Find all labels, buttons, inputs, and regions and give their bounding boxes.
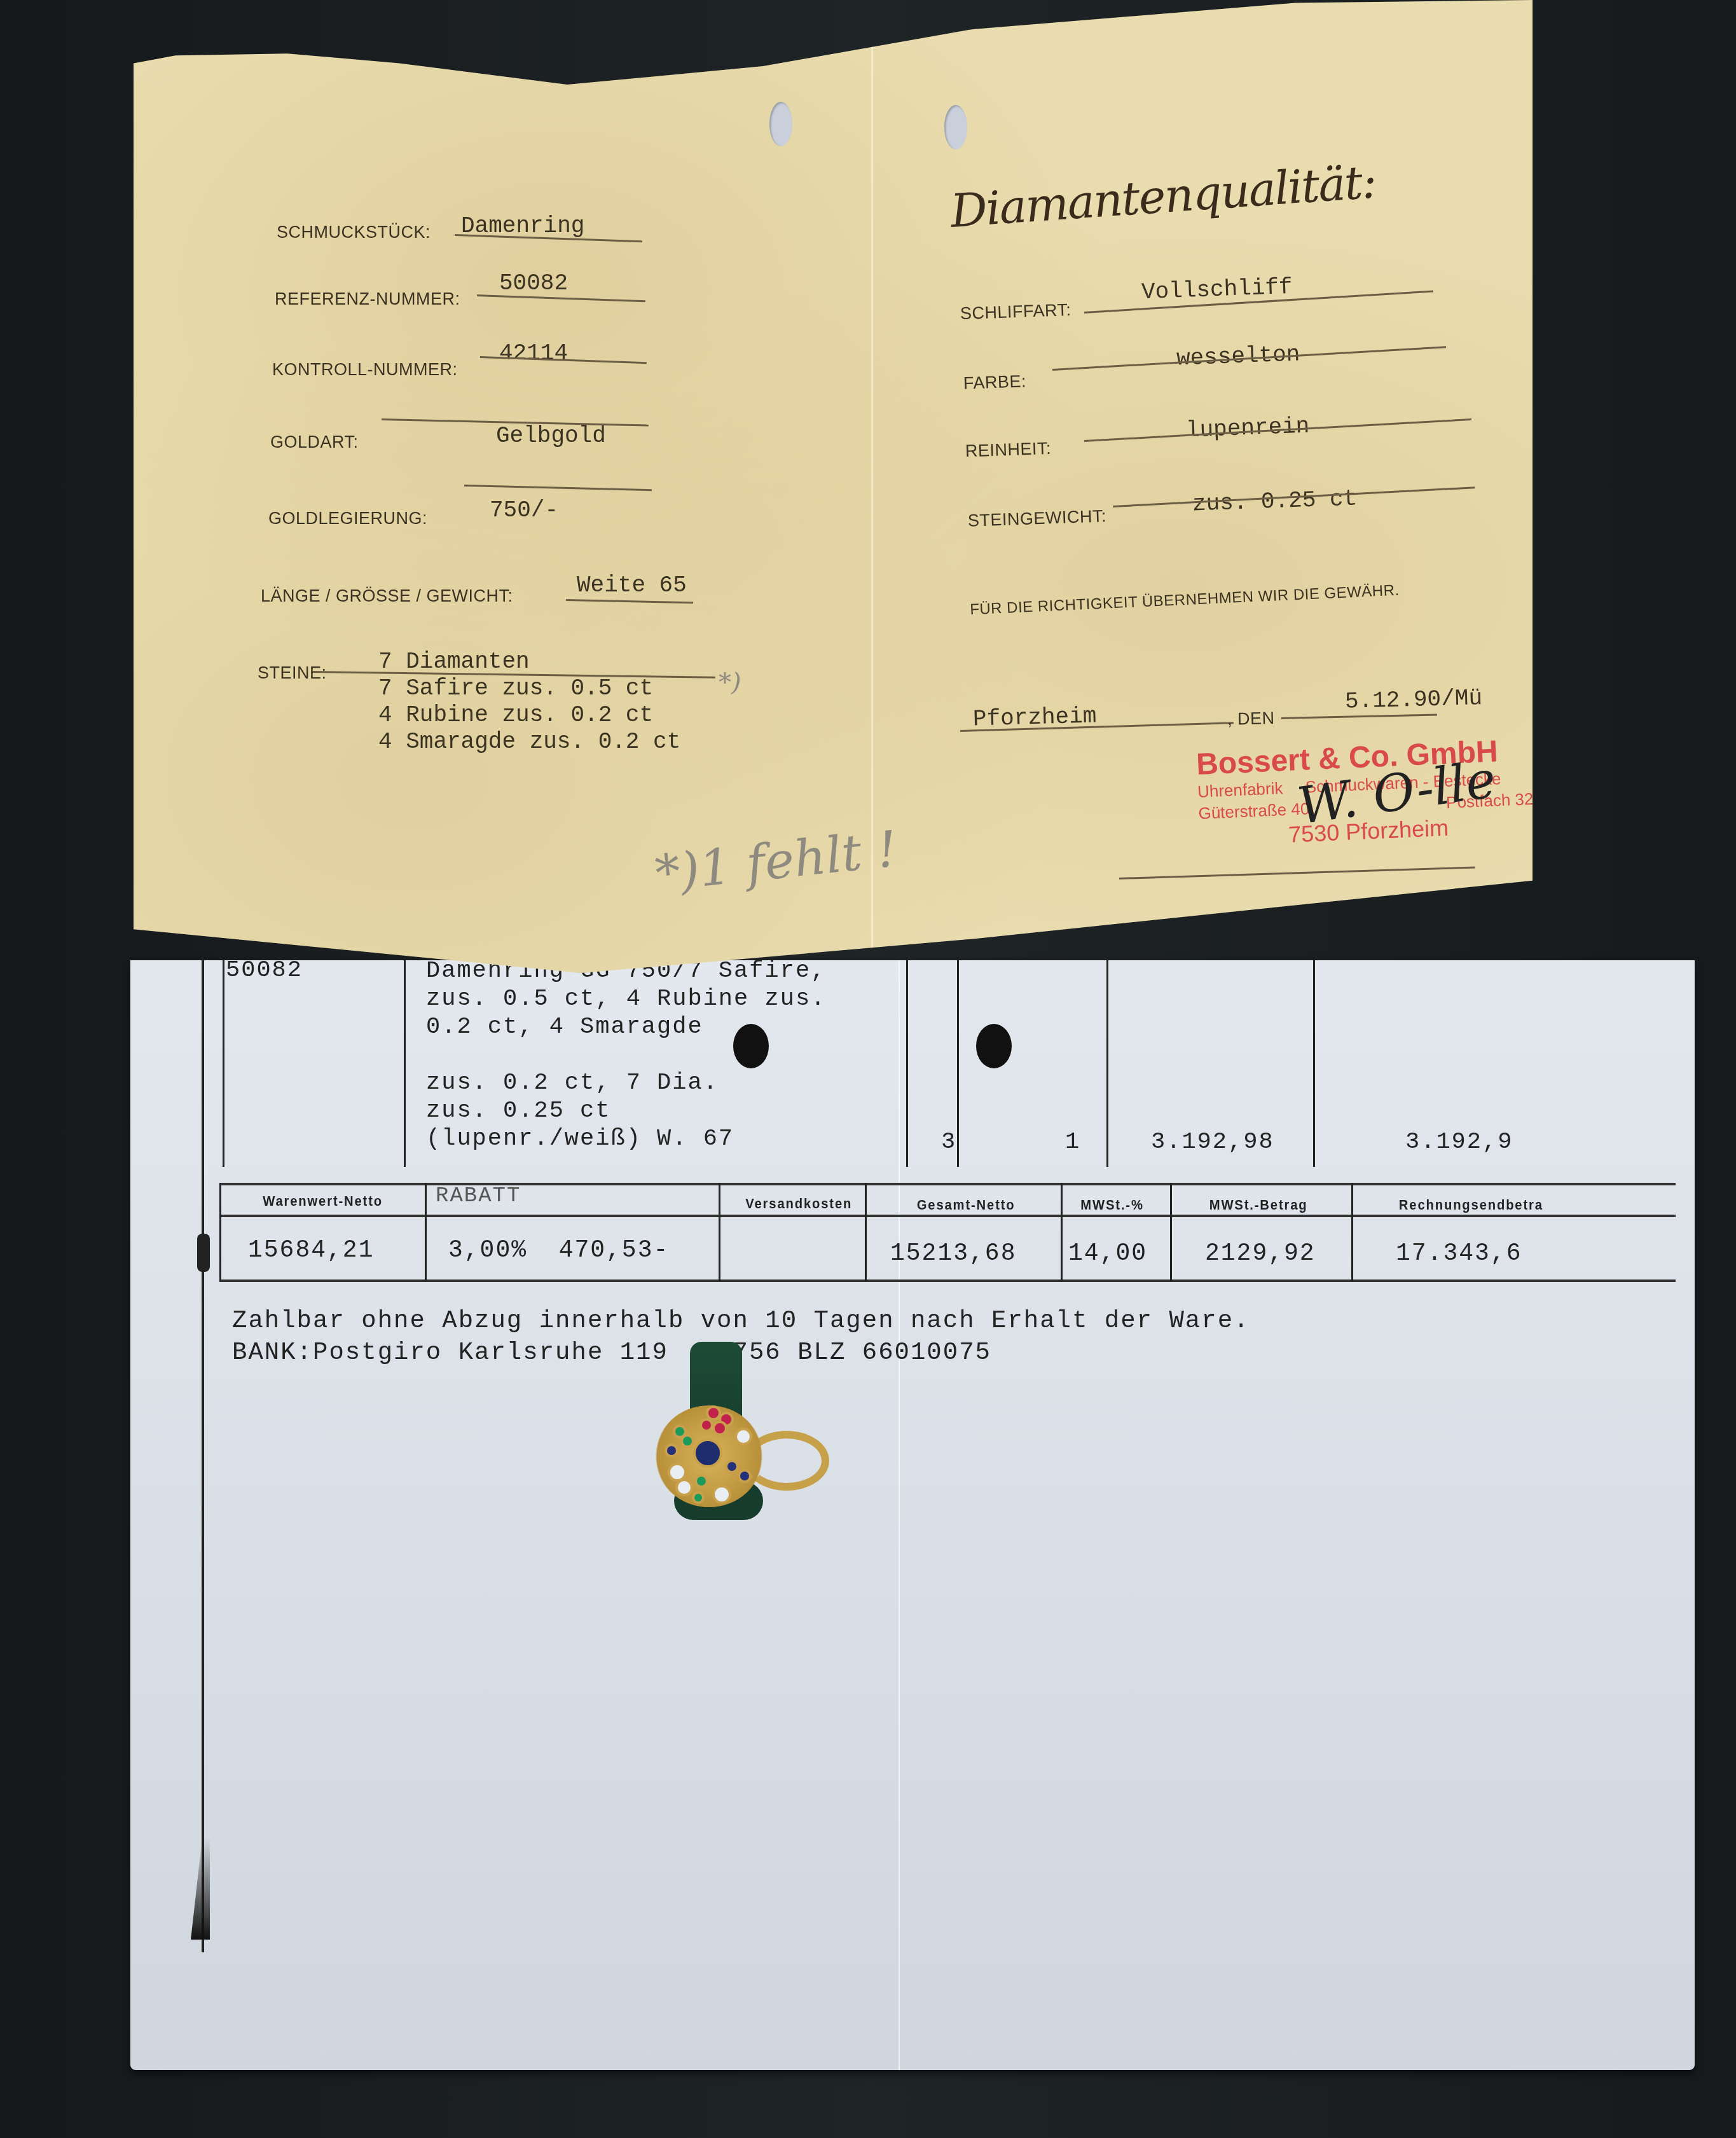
description-line: zus. 0.5 ct, 4 Rubine zus. [426, 985, 826, 1013]
summary-divider [719, 1183, 720, 1281]
value-gesamt-netto: 15213,68 [890, 1240, 1016, 1267]
certificate-card: SCHMUCKSTÜCK: Damenring REFERENZ-NUMMER:… [134, 0, 1533, 973]
item-total: 3.192,9 [1405, 1129, 1513, 1155]
table-divider [906, 960, 908, 1167]
margin-marker [197, 1234, 210, 1272]
item-unit-price: 3.192,98 [1151, 1129, 1274, 1155]
label-goldart: GOLDART: [270, 432, 359, 452]
field-underline [464, 485, 652, 491]
item-ref-number: 50082 [226, 957, 303, 984]
sapphire [665, 1444, 679, 1458]
diamond-quality-title: Diamantenqualität: [949, 155, 1377, 238]
ruby [699, 1418, 713, 1432]
stones-list: 7 Diamanten 7 Safire zus. 0.5 ct 4 Rubin… [378, 649, 680, 755]
header-gesamt-netto: Gesamt-Netto [917, 1197, 1016, 1213]
emerald [680, 1434, 694, 1448]
value-mwst-percent: 14,00 [1068, 1240, 1147, 1267]
label-goldlegierung: GOLDLEGIERUNG: [268, 509, 427, 528]
table-divider [957, 960, 959, 1167]
summary-divider [425, 1183, 427, 1281]
summary-divider [1170, 1183, 1172, 1281]
value-referenz-nummer: 50082 [499, 270, 568, 296]
punch-hole [944, 105, 967, 149]
item-code: 3 [941, 1129, 956, 1155]
bank-details: BANK:Postgiro Karlsruhe 119 -756 BLZ 660… [232, 1339, 991, 1367]
sapphire [738, 1469, 752, 1483]
summary-border-bottom [219, 1279, 1676, 1282]
payment-terms: Zahlbar ohne Abzug innerhalb von 10 Tage… [232, 1307, 1250, 1335]
date: 5.12.90/Mü [1345, 685, 1483, 715]
stone-line: 4 Rubine zus. 0.2 ct [378, 702, 680, 729]
stamp-text: Uhrenfabrik [1197, 778, 1283, 802]
header-warenwert-netto: Warenwert-Netto [263, 1193, 383, 1210]
description-line: zus. 0.25 ct [426, 1097, 826, 1125]
label-schmuckstueck: SCHMUCKSTÜCK: [277, 223, 431, 242]
invoice-fold-line [899, 960, 900, 2070]
diamond [712, 1485, 731, 1504]
label-laenge-groesse-gewicht: LÄNGE / GRÖSSE / GEWICHT: [261, 586, 513, 606]
value-laenge-groesse-gewicht: Weite 65 [577, 572, 687, 598]
table-divider [404, 960, 406, 1167]
header-versandkosten: Versandkosten [745, 1196, 852, 1212]
field-underline [1281, 714, 1437, 719]
summary-divider [219, 1183, 221, 1281]
field-underline [566, 599, 693, 603]
header-mwst-percent: MWSt.-% [1080, 1197, 1143, 1213]
label-referenz-nummer: REFERENZ-NUMMER: [275, 289, 460, 309]
sapphire-center [693, 1438, 722, 1468]
summary-divider [1061, 1183, 1063, 1281]
ruby [712, 1421, 727, 1436]
sapphire [725, 1459, 739, 1473]
stone-line: 7 Safire zus. 0.5 ct [378, 675, 680, 702]
value-mwst-betrag: 2129,92 [1205, 1240, 1316, 1267]
label-steingewicht: STEINGEWICHT: [968, 506, 1107, 531]
ring-flower-head [649, 1399, 769, 1514]
summary-divider [1351, 1183, 1353, 1281]
value-warenwert-netto: 15684,21 [248, 1237, 374, 1264]
invoice-margin-line [202, 960, 204, 1952]
punch-hole [976, 1024, 1012, 1068]
description-line: (lupenr./weiß) W. 67 [426, 1125, 826, 1153]
header-rechnungsendbetrag: Rechnungsendbetra [1399, 1197, 1543, 1213]
summary-border-mid [219, 1215, 1676, 1217]
guarantee-statement: FÜR DIE RICHTIGKEIT ÜBERNEHMEN WIR DIE G… [970, 582, 1400, 619]
punch-hole [769, 102, 792, 146]
emerald [694, 1474, 708, 1488]
label-reinheit: REINHEIT: [965, 439, 1052, 462]
invoice-sheet: 50082 Damenring GG 750/7 Safire, zus. 0.… [130, 960, 1695, 2070]
signature-underline [1119, 866, 1475, 879]
date-label: , DEN [1227, 708, 1275, 729]
value-rabatt: 3,00% 470,53- [448, 1237, 669, 1264]
punch-hole [733, 1024, 769, 1068]
diamond [734, 1428, 752, 1445]
label-farbe: FARBE: [963, 371, 1026, 393]
stone-line: 7 Diamanten [378, 649, 680, 675]
value-rechnungsendbetrag: 17.343,6 [1396, 1240, 1522, 1267]
value-goldart: Gelbgold [496, 423, 606, 449]
table-divider [223, 960, 224, 1167]
value-goldlegierung: 750/- [490, 497, 558, 523]
stamp-text: Güterstraße 40 [1198, 799, 1310, 824]
value-kontroll-nummer: 42114 [499, 340, 568, 366]
description-line: zus. 0.2 ct, 7 Dia. [426, 1069, 826, 1097]
header-mwst-betrag: MWSt.-Betrag [1209, 1197, 1308, 1213]
pencil-footnote-mark: *) [719, 668, 741, 697]
summary-divider [865, 1183, 867, 1281]
pencil-note: *)1 fehlt ! [652, 820, 900, 902]
ink-smear [191, 1838, 210, 1940]
label-steine: STEINE: [258, 663, 327, 683]
stone-line: 4 Smaragde zus. 0.2 ct [378, 729, 680, 755]
label-kontroll-nummer: KONTROLL-NUMMER: [272, 360, 458, 380]
item-quantity: 1 [1065, 1129, 1080, 1155]
diamond [675, 1479, 693, 1496]
table-divider [1106, 960, 1108, 1167]
emerald [692, 1491, 705, 1504]
header-rabatt: RABATT [436, 1184, 521, 1208]
label-schliffart: SCHLIFFART: [960, 300, 1072, 324]
table-divider [1313, 960, 1315, 1167]
